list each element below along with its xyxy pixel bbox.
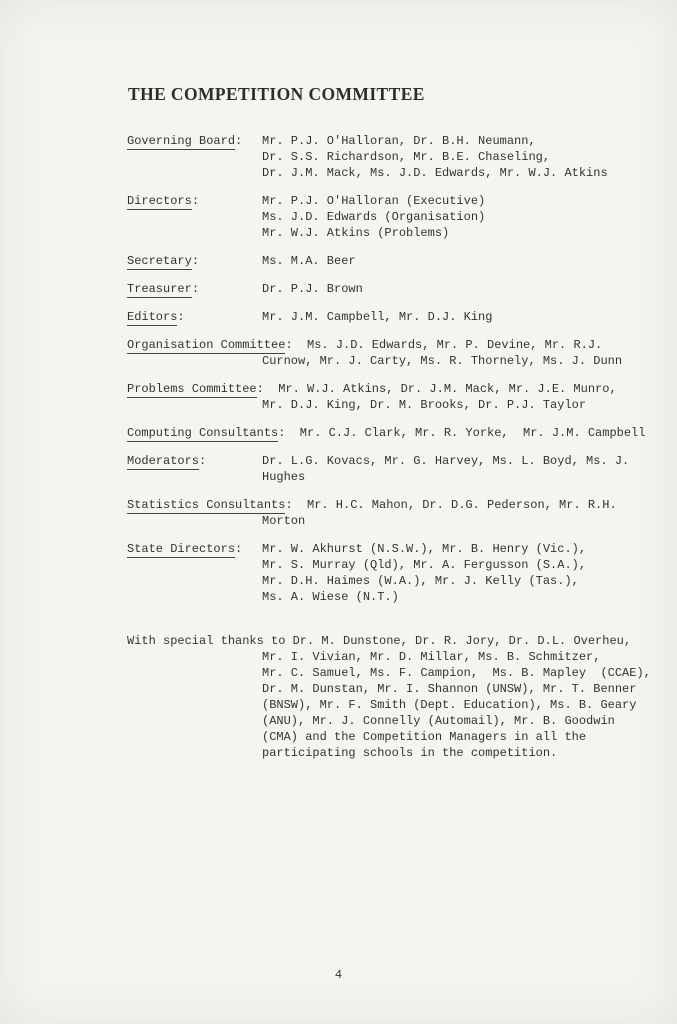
text-line: Dr. P.J. Brown [262, 281, 645, 297]
entry-names: Mr. P.J. O'Halloran (Executive)Ms. J.D. … [262, 193, 645, 241]
text-line: Mr. W.J. Atkins (Problems) [262, 225, 645, 241]
text-line: Hughes [262, 469, 645, 485]
committee-entry: State Directors:Mr. W. Akhurst (N.S.W.),… [127, 541, 645, 605]
entry-label: Organisation Committee: [127, 337, 293, 353]
text-line: participating schools in the competition… [262, 745, 651, 761]
entry-label: State Directors: [127, 541, 242, 557]
entry-names: Mr. J.M. Campbell, Mr. D.J. King [262, 309, 645, 325]
entry-label: Governing Board: [127, 133, 242, 149]
text-line: Mr. W. Akhurst (N.S.W.), Mr. B. Henry (V… [262, 541, 645, 557]
entry-label-text: Statistics Consultants [127, 498, 285, 514]
entry-label-text: Directors [127, 194, 192, 210]
entry-names: Ms. M.A. Beer [262, 253, 645, 269]
entry-label-text: Secretary [127, 254, 192, 270]
entry-label: Editors: [127, 309, 185, 325]
text-line: Mr. D.J. King, Dr. M. Brooks, Dr. P.J. T… [262, 397, 645, 413]
text-line: Mr. H.C. Mahon, Dr. D.G. Pederson, Mr. R… [262, 497, 645, 513]
committee-entry: Editors:Mr. J.M. Campbell, Mr. D.J. King [127, 309, 645, 325]
entry-label-text: State Directors [127, 542, 235, 558]
text-line: Mr. C. Samuel, Ms. F. Campion, Ms. B. Ma… [262, 665, 651, 681]
entry-names: Mr. W. Akhurst (N.S.W.), Mr. B. Henry (V… [262, 541, 645, 605]
committee-list: Governing Board:Mr. P.J. O'Halloran, Dr.… [127, 133, 645, 617]
entry-names: Mr. P.J. O'Halloran, Dr. B.H. Neumann,Dr… [262, 133, 645, 181]
text-line: Mr. D.H. Haimes (W.A.), Mr. J. Kelly (Ta… [262, 573, 645, 589]
text-line: Mr. P.J. O'Halloran, Dr. B.H. Neumann, [262, 133, 645, 149]
entry-label: Moderators: [127, 453, 206, 469]
page-title: THE COMPETITION COMMITTEE [128, 84, 425, 105]
entry-label-text: Editors [127, 310, 177, 326]
text-line: Mr. P.J. O'Halloran (Executive) [262, 193, 645, 209]
text-line: Curnow, Mr. J. Carty, Ms. R. Thornely, M… [262, 353, 645, 369]
committee-entry: Secretary:Ms. M.A. Beer [127, 253, 645, 269]
committee-entry: Directors:Mr. P.J. O'Halloran (Executive… [127, 193, 645, 241]
entry-label-text: Moderators [127, 454, 199, 470]
committee-entry: Governing Board:Mr. P.J. O'Halloran, Dr.… [127, 133, 645, 181]
text-line: Dr. M. Dunstan, Mr. I. Shannon (UNSW), M… [262, 681, 651, 697]
committee-entry: Statistics Consultants:Mr. H.C. Mahon, D… [127, 497, 645, 529]
entry-names: Dr. P.J. Brown [262, 281, 645, 297]
entry-label-text: Organisation Committee [127, 338, 285, 354]
text-line: Ms. A. Wiese (N.T.) [262, 589, 645, 605]
text-line: Morton [262, 513, 645, 529]
entry-label: Statistics Consultants: [127, 497, 293, 513]
committee-entry: Problems Committee:Mr. W.J. Atkins, Dr. … [127, 381, 645, 413]
entry-names: Mr. H.C. Mahon, Dr. D.G. Pederson, Mr. R… [262, 497, 645, 529]
document-page: THE COMPETITION COMMITTEE Governing Boar… [0, 0, 677, 1024]
entry-label-text: Computing Consultants [127, 426, 278, 442]
entry-names: Mr. W.J. Atkins, Dr. J.M. Mack, Mr. J.E.… [262, 381, 645, 413]
text-line: Dr. S.S. Richardson, Mr. B.E. Chaseling, [262, 149, 645, 165]
entry-label: Computing Consultants: [127, 425, 285, 441]
text-line: Ms. J.D. Edwards (Organisation) [262, 209, 645, 225]
entry-label-text: Treasurer [127, 282, 192, 298]
entry-names: Dr. L.G. Kovacs, Mr. G. Harvey, Ms. L. B… [262, 453, 645, 485]
committee-entry: Organisation Committee:Ms. J.D. Edwards,… [127, 337, 645, 369]
text-line: Ms. M.A. Beer [262, 253, 645, 269]
text-line: Mr. W.J. Atkins, Dr. J.M. Mack, Mr. J.E.… [262, 381, 645, 397]
acknowledgement-intro: With special thanks to [127, 633, 285, 649]
entry-label: Problems Committee: [127, 381, 264, 397]
entry-label: Secretary: [127, 253, 199, 269]
text-line: Dr. M. Dunstone, Dr. R. Jory, Dr. D.L. O… [262, 633, 651, 649]
text-line: Mr. I. Vivian, Mr. D. Millar, Ms. B. Sch… [262, 649, 651, 665]
entry-names: Ms. J.D. Edwards, Mr. P. Devine, Mr. R.J… [262, 337, 645, 369]
entry-names: Mr. C.J. Clark, Mr. R. Yorke, Mr. J.M. C… [262, 425, 645, 441]
text-line: Mr. C.J. Clark, Mr. R. Yorke, Mr. J.M. C… [262, 425, 645, 441]
committee-entry: Moderators:Dr. L.G. Kovacs, Mr. G. Harve… [127, 453, 645, 485]
text-line: (CMA) and the Competition Managers in al… [262, 729, 651, 745]
entry-label: Treasurer: [127, 281, 199, 297]
committee-entry: Computing Consultants:Mr. C.J. Clark, Mr… [127, 425, 645, 441]
text-line: Ms. J.D. Edwards, Mr. P. Devine, Mr. R.J… [262, 337, 645, 353]
text-line: Mr. J.M. Campbell, Mr. D.J. King [262, 309, 645, 325]
text-line: Dr. J.M. Mack, Ms. J.D. Edwards, Mr. W.J… [262, 165, 645, 181]
text-line: (BNSW), Mr. F. Smith (Dept. Education), … [262, 697, 651, 713]
acknowledgement-names: Dr. M. Dunstone, Dr. R. Jory, Dr. D.L. O… [262, 633, 651, 761]
entry-label: Directors: [127, 193, 199, 209]
text-line: (ANU), Mr. J. Connelly (Automail), Mr. B… [262, 713, 651, 729]
entry-label-text: Governing Board [127, 134, 235, 150]
text-line: Dr. L.G. Kovacs, Mr. G. Harvey, Ms. L. B… [262, 453, 645, 469]
committee-entry: Treasurer:Dr. P.J. Brown [127, 281, 645, 297]
page-number: 4 [0, 968, 677, 982]
entry-label-text: Problems Committee [127, 382, 257, 398]
acknowledgement-paragraph: With special thanks to Dr. M. Dunstone, … [127, 633, 651, 761]
text-line: Mr. S. Murray (Qld), Mr. A. Fergusson (S… [262, 557, 645, 573]
